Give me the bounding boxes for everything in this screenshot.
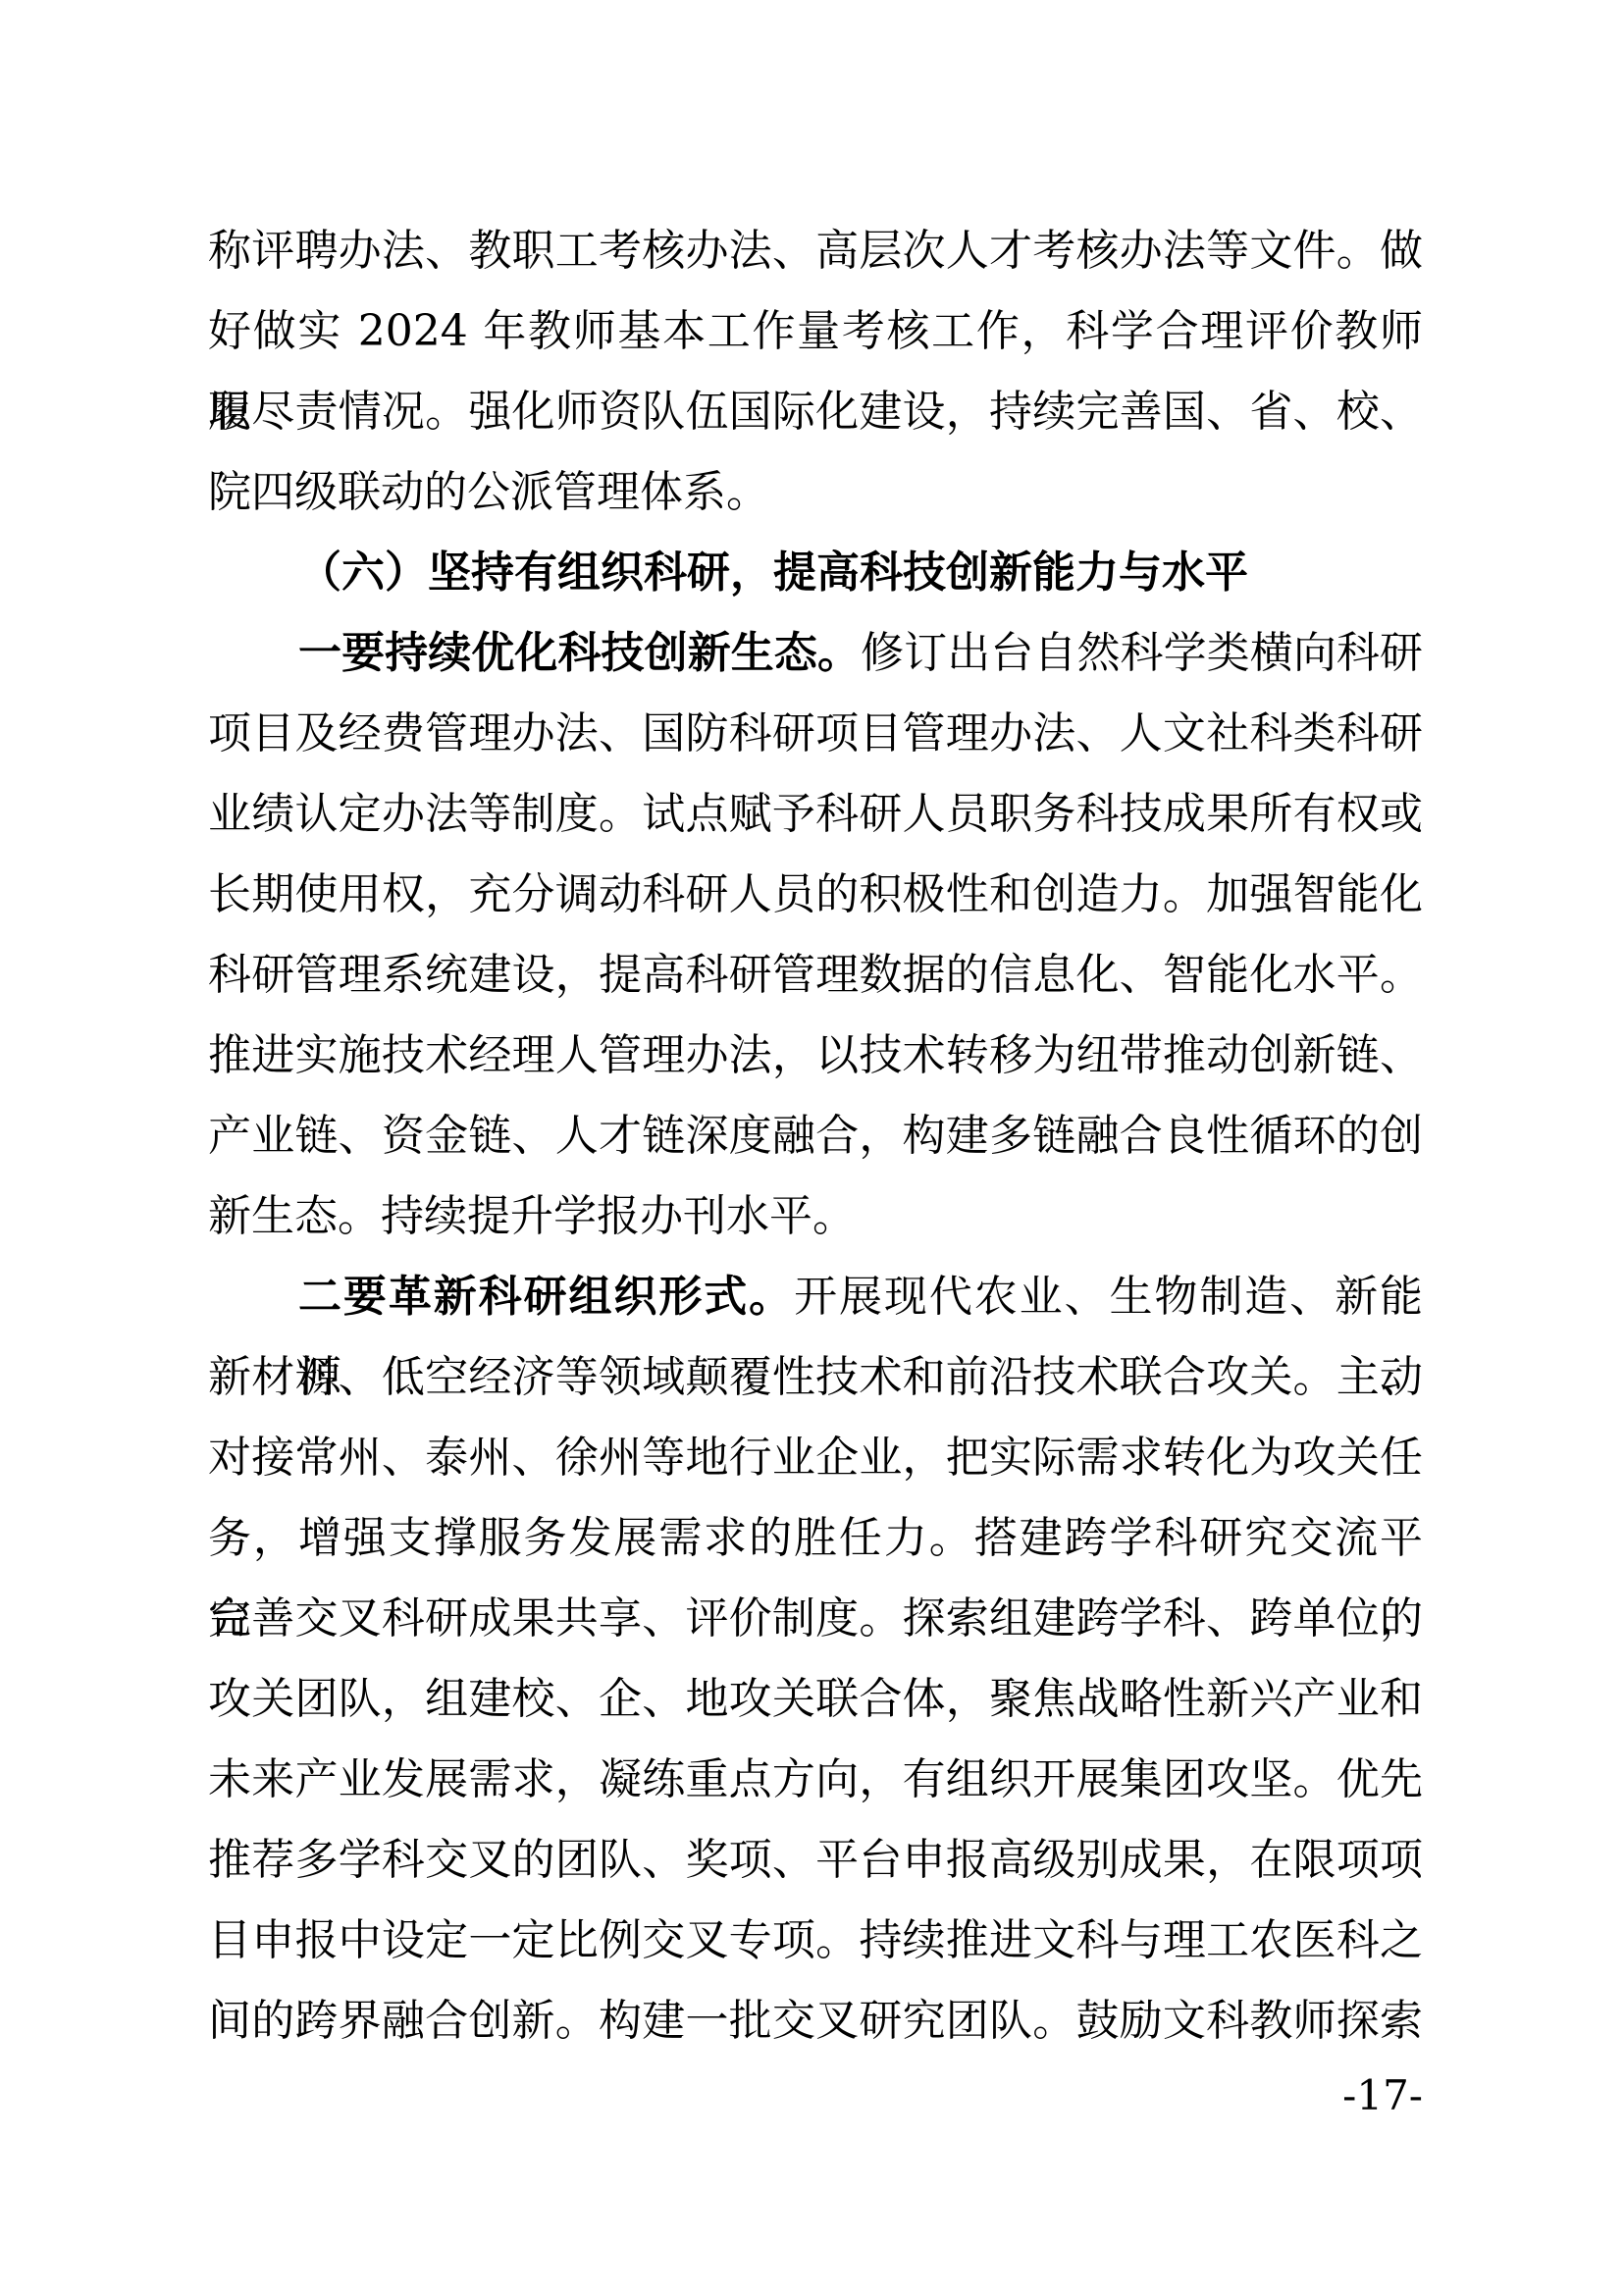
body-line: 新材料、低空经济等领域颠覆性技术和前沿技术联合攻关。主动 — [208, 1337, 1423, 1418]
section-heading: （六）坚持有组织科研，提高科技创新能力与水平 — [208, 533, 1423, 613]
body-line: 推荐多学科交叉的团队、奖项、平台申报高级别成果，在限项项 — [208, 1820, 1423, 1901]
body-line: 攻关团队，组建校、企、地攻关联合体，聚焦战略性新兴产业和 — [208, 1659, 1423, 1740]
paragraph-lead-line: 一要持续优化科技创新生态。修订出台自然科学类横向科研 — [208, 613, 1423, 694]
body-line: 科研管理系统建设，提高科研管理数据的信息化、智能化水平。 — [208, 935, 1423, 1016]
document-page: 称评聘办法、教职工考核办法、高层次人才考核办法等文件。做 好做实 2024 年教… — [0, 0, 1624, 2296]
body-line: 目申报中设定一定比例交叉专项。持续推进文科与理工农医科之 — [208, 1901, 1423, 1981]
paragraph-lead-bold: 一要持续优化科技创新生态。 — [298, 628, 861, 678]
body-line: 项目及经费管理办法、国防科研项目管理办法、人文社科类科研 — [208, 694, 1423, 774]
body-line: 新生态。持续提升学报办刊水平。 — [208, 1176, 1423, 1257]
body-line: 对接常州、泰州、徐州等地行业企业，把实际需求转化为攻关任 — [208, 1418, 1423, 1498]
line-text: 修订出台自然科学类横向科研 — [861, 628, 1423, 678]
body-line: 好做实 2024 年教师基本工作量考核工作，科学合理评价教师履 — [208, 291, 1423, 372]
body-line: 称评聘办法、教职工考核办法、高层次人才考核办法等文件。做 — [208, 211, 1423, 291]
body-line: 业绩认定办法等制度。试点赋予科研人员职务科技成果所有权或 — [208, 774, 1423, 855]
body-line: 职尽责情况。强化师资队伍国际化建设，持续完善国、省、校、 — [208, 372, 1423, 452]
body-line: 推进实施技术经理人管理办法，以技术转移为纽带推动创新链、 — [208, 1016, 1423, 1096]
body-line: 长期使用权，充分调动科研人员的积极性和创造力。加强智能化 — [208, 855, 1423, 935]
body-line: 未来产业发展需求，凝练重点方向，有组织开展集团攻坚。优先 — [208, 1740, 1423, 1820]
body-line: 院四级联动的公派管理体系。 — [208, 452, 1423, 533]
body-line: 务，增强支撑服务发展需求的胜任力。搭建跨学科研究交流平台， — [208, 1498, 1423, 1579]
document-body: 称评聘办法、教职工考核办法、高层次人才考核办法等文件。做 好做实 2024 年教… — [208, 211, 1423, 2061]
body-line: 完善交叉科研成果共享、评价制度。探索组建跨学科、跨单位的 — [208, 1579, 1423, 1659]
paragraph-lead-bold: 二要革新科研组织形式。 — [298, 1272, 794, 1322]
body-line: 间的跨界融合创新。构建一批交叉研究团队。鼓励文科教师探索 — [208, 1981, 1423, 2061]
paragraph-lead-line: 二要革新科研组织形式。开展现代农业、生物制造、新能源、 — [208, 1257, 1423, 1337]
body-line: 产业链、资金链、人才链深度融合，构建多链融合良性循环的创 — [208, 1096, 1423, 1176]
page-number: -17- — [208, 2056, 1423, 2136]
